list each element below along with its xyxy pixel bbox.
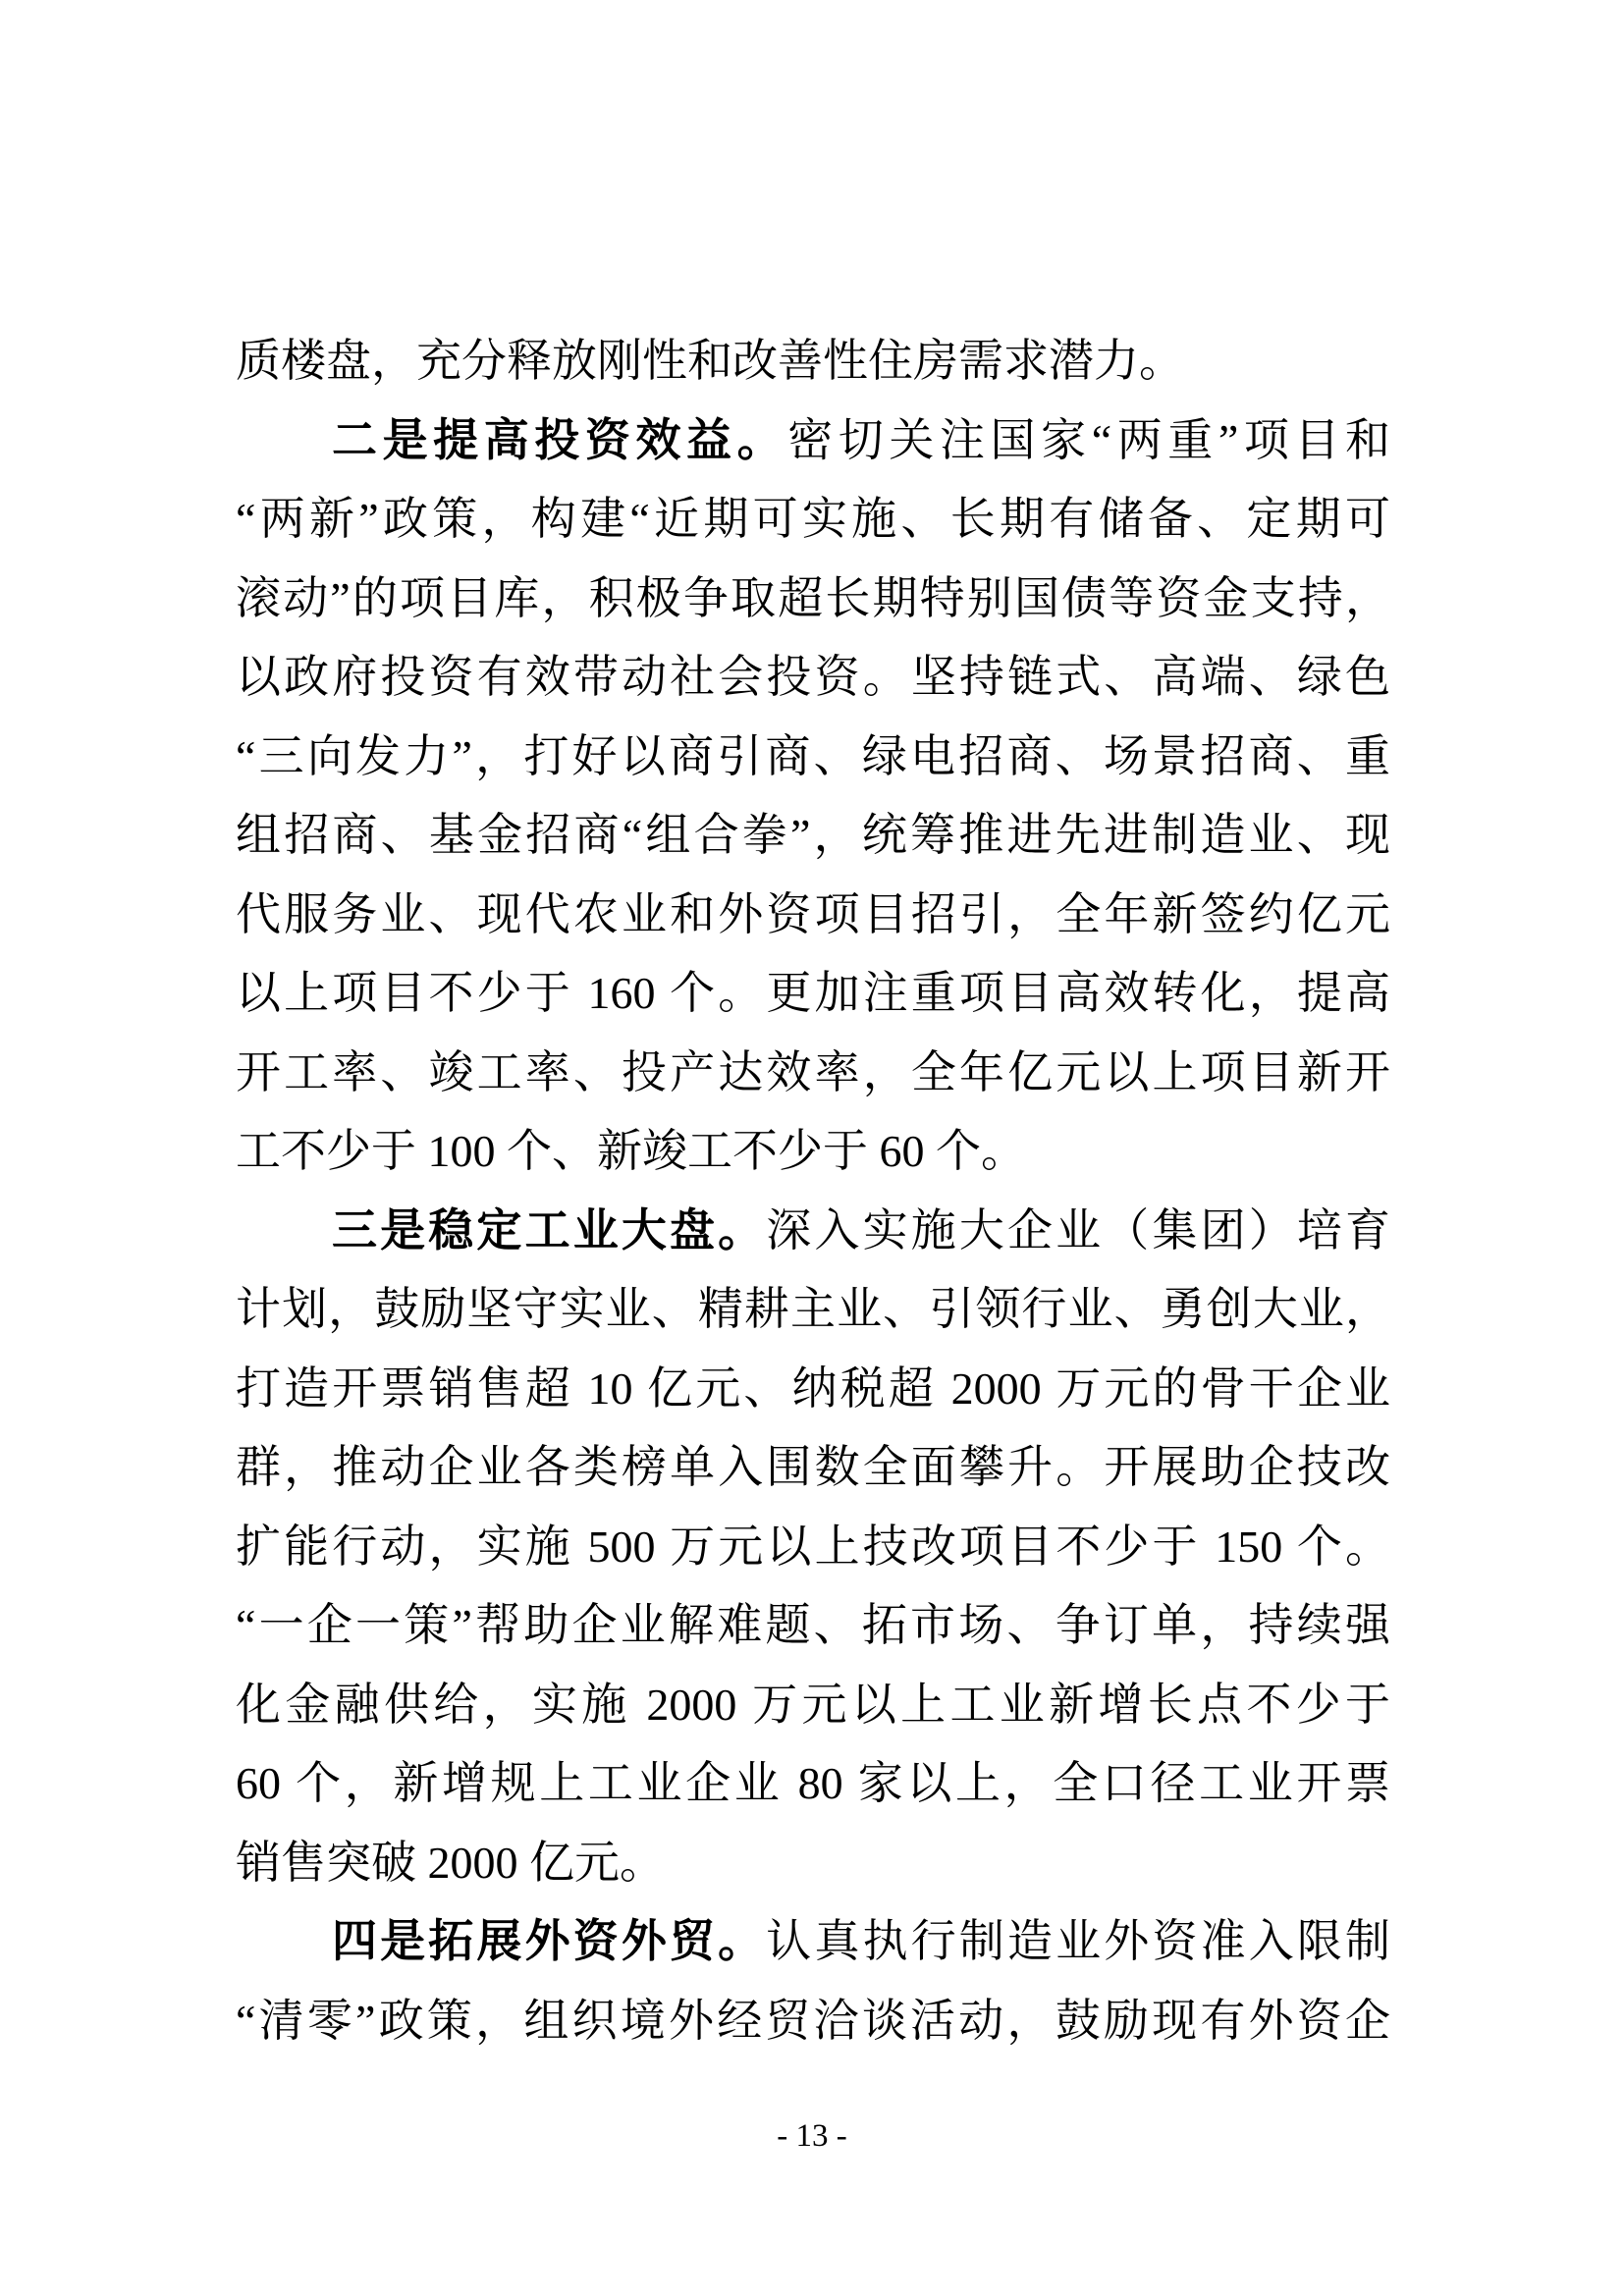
body-text: “清零”政策，组织境外经贸洽谈活动，鼓励现有外资企 (236, 1996, 1390, 2046)
body-text: 群，推动企业各类榜单入围数全面攀升。开展助企技改 (236, 1442, 1390, 1492)
text-line: 以上项目不少于 160 个。更加注重项目高效转化，提高 (236, 953, 1390, 1033)
section-heading: 三是稳定工业大盘。 (332, 1205, 766, 1255)
body-text: 销售突破 2000 亿元。 (236, 1838, 665, 1888)
text-line: 质楼盘，充分释放刚性和改善性住房需求潜力。 (236, 321, 1390, 400)
page-number: - 13 - (0, 2118, 1624, 2154)
text-line: “三向发力”，打好以商引商、绿电招商、场景招商、重 (236, 717, 1390, 796)
body-text: 打造开票销售超 10 亿元、纳税超 2000 万元的骨干企业 (236, 1363, 1390, 1414)
body-text: 以上项目不少于 160 个。更加注重项目高效转化，提高 (236, 968, 1390, 1018)
body-text: “三向发力”，打好以商引商、绿电招商、场景招商、重 (236, 731, 1390, 781)
body-text: 深入实施大企业（集团）培育 (766, 1205, 1390, 1255)
text-line: 二是提高投资效益。密切关注国家“两重”项目和 (236, 400, 1390, 480)
body-text: 扩能行动，实施 500 万元以上技改项目不少于 150 个。 (236, 1522, 1390, 1572)
body-text: 60 个，新增规上工业企业 80 家以上，全口径工业开票 (236, 1758, 1390, 1808)
text-line: 销售突破 2000 亿元。 (236, 1823, 1390, 1902)
body-text: 以政府投资有效带动社会投资。坚持链式、高端、绿色 (236, 652, 1390, 702)
body-text: “一企一策”帮助企业解难题、拓市场、争订单，持续强 (236, 1600, 1390, 1650)
text-line: 组招商、基金招商“组合拳”，统筹推进先进制造业、现 (236, 795, 1390, 875)
text-line: “两新”政策，构建“近期可实施、长期有储备、定期可 (236, 479, 1390, 559)
body-text: “两新”政策，构建“近期可实施、长期有储备、定期可 (236, 494, 1390, 544)
text-line: 60 个，新增规上工业企业 80 家以上，全口径工业开票 (236, 1743, 1390, 1823)
body-text: 滚动”的项目库，积极争取超长期特别国债等资金支持， (236, 573, 1390, 623)
text-line: 代服务业、现代农业和外资项目招引，全年新签约亿元 (236, 875, 1390, 954)
text-line: 工不少于 100 个、新竣工不少于 60 个。 (236, 1111, 1390, 1191)
text-line: 开工率、竣工率、投产达效率，全年亿元以上项目新开 (236, 1033, 1390, 1112)
body-text: 计划，鼓励坚守实业、精耕主业、引领行业、勇创大业， (236, 1284, 1390, 1334)
text-line: “清零”政策，组织境外经贸洽谈活动，鼓励现有外资企 (236, 1981, 1390, 2060)
body-text: 开工率、竣工率、投产达效率，全年亿元以上项目新开 (236, 1047, 1390, 1097)
text-line: 计划，鼓励坚守实业、精耕主业、引领行业、勇创大业， (236, 1269, 1390, 1349)
body-text: 认真执行制造业外资准入限制 (766, 1916, 1390, 1966)
text-line: 化金融供给，实施 2000 万元以上工业新增长点不少于 (236, 1665, 1390, 1744)
text-line: 以政府投资有效带动社会投资。坚持链式、高端、绿色 (236, 637, 1390, 717)
text-line: 三是稳定工业大盘。深入实施大企业（集团）培育 (236, 1191, 1390, 1270)
document-page: 质楼盘，充分释放刚性和改善性住房需求潜力。二是提高投资效益。密切关注国家“两重”… (0, 0, 1624, 2296)
section-heading: 二是提高投资效益。 (332, 415, 787, 465)
body-text: 代服务业、现代农业和外资项目招引，全年新签约亿元 (236, 889, 1390, 939)
text-block: 质楼盘，充分释放刚性和改善性住房需求潜力。二是提高投资效益。密切关注国家“两重”… (0, 0, 1624, 2296)
text-line: “一企一策”帮助企业解难题、拓市场、争订单，持续强 (236, 1585, 1390, 1665)
body-text: 化金融供给，实施 2000 万元以上工业新增长点不少于 (236, 1680, 1390, 1730)
body-text: 质楼盘，充分释放刚性和改善性住房需求潜力。 (236, 336, 1184, 386)
body-text: 工不少于 100 个、新竣工不少于 60 个。 (236, 1126, 1026, 1176)
text-line: 扩能行动，实施 500 万元以上技改项目不少于 150 个。 (236, 1507, 1390, 1586)
text-line: 打造开票销售超 10 亿元、纳税超 2000 万元的骨干企业 (236, 1349, 1390, 1428)
body-text: 组招商、基金招商“组合拳”，统筹推进先进制造业、现 (236, 810, 1390, 860)
body-text: 密切关注国家“两重”项目和 (787, 415, 1390, 465)
text-line: 群，推动企业各类榜单入围数全面攀升。开展助企技改 (236, 1427, 1390, 1507)
section-heading: 四是拓展外资外贸。 (332, 1916, 766, 1966)
text-line: 滚动”的项目库，积极争取超长期特别国债等资金支持， (236, 559, 1390, 638)
text-line: 四是拓展外资外贸。认真执行制造业外资准入限制 (236, 1901, 1390, 1981)
